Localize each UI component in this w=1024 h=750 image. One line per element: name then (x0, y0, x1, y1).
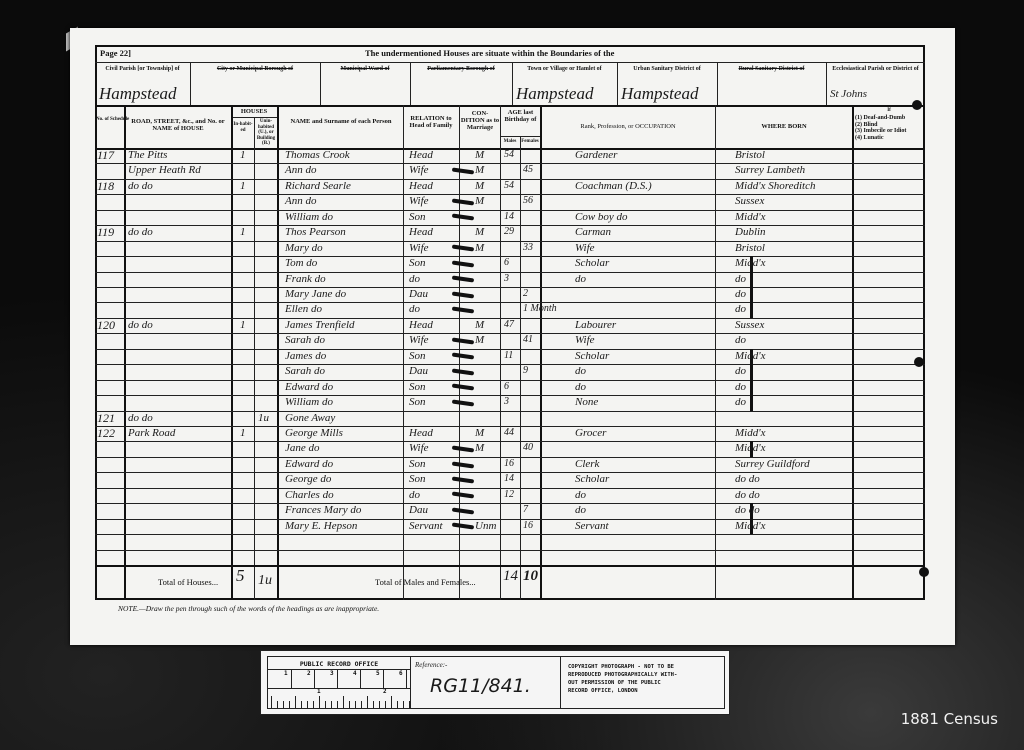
schedule-number: 117 (97, 148, 114, 162)
birthplace: Surrey Guildford (735, 457, 810, 471)
ruler-tick (397, 701, 398, 708)
ruler-tick (314, 669, 315, 688)
schedule-number: 120 (97, 318, 115, 332)
occupation: Coachman (D.S.) (575, 179, 652, 193)
inhabited-count: 1 (240, 426, 246, 440)
person-name: Edward do (285, 457, 333, 471)
table-row: Upper Heath RdAnn doWifeM45Surrey Lambet… (0, 163, 1024, 178)
female-age: 16 (523, 519, 533, 533)
marital-condition: M (475, 225, 484, 239)
ruler-tick (403, 701, 404, 708)
col-header-uninhabited: Unin-habited (U.), or Building (B.) (255, 119, 277, 147)
col-header-houses: HOUSES (231, 108, 277, 115)
occupation: do (575, 364, 586, 378)
birthplace: do (735, 272, 746, 286)
reference-label: Reference:- (415, 658, 447, 672)
relation-to-head: Head (409, 318, 433, 332)
ruler-tick (331, 701, 332, 708)
reference-section: Reference:- RG11/841. (410, 657, 561, 708)
birthplace: do do (735, 472, 760, 486)
table-row: 121do do1uGone Away (0, 411, 1024, 426)
divider (95, 62, 925, 63)
table-row: Sarah doWifeM41Wifedo (0, 333, 1024, 348)
female-age: 1 Month (523, 302, 557, 316)
district-value: Hampstead (516, 84, 593, 104)
binding-hole (914, 357, 924, 367)
male-age: 54 (504, 148, 514, 162)
district-label: Municipal Ward of (322, 66, 408, 73)
col-header-inhabited: In-habit-ed (232, 122, 254, 133)
table-row: 118do do1Richard SearleHeadM54Coachman (… (0, 179, 1024, 194)
person-name: Frances Mary do (285, 503, 361, 517)
ruler-tick (337, 701, 338, 708)
table-row: Tom doSon6ScholarMidd'x (0, 256, 1024, 271)
ruler-tick (391, 696, 392, 708)
birthplace: Bristol (735, 148, 765, 162)
district-value: Hampstead (99, 84, 176, 104)
tally-pen-mark (452, 399, 474, 406)
table-row: 119do do1Thos PearsonHeadM29CarmanDublin (0, 225, 1024, 240)
birthplace: Midd'x (735, 441, 765, 455)
ruler-label: 1 (317, 688, 321, 695)
birthplace: do do (735, 503, 760, 517)
divider (95, 565, 925, 567)
inhabited-count: 1 (240, 148, 246, 162)
female-age: 9 (523, 364, 528, 378)
col-header-occupation: Rank, Profession, or OCCUPATION (541, 123, 715, 130)
person-name: Mary do (285, 241, 323, 255)
form-note: NOTE.—Draw the pen through such of the w… (118, 604, 379, 613)
marital-condition: M (475, 163, 484, 177)
female-age: 56 (523, 194, 533, 208)
col-header-age: AGE last Birthday of (501, 109, 540, 123)
district-value: St Johns (830, 84, 867, 104)
person-name: Charles do (285, 488, 334, 502)
ruler-tick (360, 669, 361, 688)
male-age: 16 (504, 457, 514, 471)
ruler-tick (313, 701, 314, 708)
divider (717, 62, 718, 105)
binding-hole (912, 100, 922, 110)
relation-to-head: Servant (409, 519, 443, 533)
relation-to-head: Dau (409, 364, 428, 378)
person-name: James Trenfield (285, 318, 355, 332)
house-address: Park Road (128, 426, 175, 440)
relation-to-head: Son (409, 472, 426, 486)
birthplace: Midd'x (735, 519, 765, 533)
birthplace: Dublin (735, 225, 766, 239)
table-row: William doSon3Nonedo (0, 395, 1024, 410)
birthplace: do (735, 287, 746, 301)
tally-pen-mark (452, 507, 474, 514)
relation-to-head: Wife (409, 441, 429, 455)
house-address: do do (128, 318, 153, 332)
tally-pen-mark (452, 245, 474, 252)
schedule-number: 119 (97, 225, 114, 239)
relation-to-head: Son (409, 380, 426, 394)
col-header-males: Males (500, 139, 520, 145)
ruler-tick (406, 669, 407, 688)
divider (95, 105, 925, 107)
marital-condition: M (475, 318, 484, 332)
total-persons-label: Total of Males and Females... (375, 577, 476, 587)
col-header-name: NAME and Surname of each Person (280, 118, 402, 125)
house-address: The Pitts (128, 148, 167, 162)
divider (320, 62, 321, 105)
ruler-tick (289, 701, 290, 708)
ruler-tick (343, 696, 344, 708)
occupation: Scholar (575, 349, 609, 363)
occupation: Gardener (575, 148, 617, 162)
ruler-tick (271, 696, 272, 708)
copyright-line: REPRODUCED PHOTOGRAPHICALLY WITH- (568, 672, 677, 678)
table-row: Sarah doDau9dodo (0, 364, 1024, 379)
person-name: George do (285, 472, 331, 486)
census-watermark: 1881 Census (901, 710, 998, 728)
table-row: 122Park Road1George MillsHeadM44GrocerMi… (0, 426, 1024, 441)
divider (512, 62, 513, 105)
marital-condition: M (475, 179, 484, 193)
ruler-tick (291, 669, 292, 688)
male-age: 3 (504, 272, 509, 286)
ruler-tick (355, 701, 356, 708)
birthplace: do (735, 302, 746, 316)
row-divider (95, 534, 925, 535)
occupation: Scholar (575, 472, 609, 486)
ruler-tick (283, 701, 284, 708)
birthplace: Sussex (735, 194, 764, 208)
ruler-label: 4 (353, 670, 357, 677)
table-row: James doSon11ScholarMidd'x (0, 349, 1024, 364)
tally-pen-mark (452, 353, 474, 360)
marital-condition: Unm (475, 519, 496, 533)
male-age: 6 (504, 380, 509, 394)
person-name: Thomas Crook (285, 148, 350, 162)
relation-to-head: Son (409, 349, 426, 363)
table-row: Edward doSon6dodo (0, 380, 1024, 395)
schedule-number: 122 (97, 426, 115, 440)
occupation: Scholar (575, 256, 609, 270)
house-address: do do (128, 411, 153, 425)
inhabited-count: 1 (240, 225, 246, 239)
divider (410, 62, 411, 105)
tally-pen-mark (452, 276, 474, 283)
tally-pen-mark (452, 338, 474, 345)
table-row: Charles dodo12dodo do (0, 488, 1024, 503)
ruler-cm: 123456 (268, 669, 410, 688)
male-age: 14 (504, 210, 514, 224)
ruler-label: 2 (307, 670, 311, 677)
male-age: 54 (504, 179, 514, 193)
ruler-label: 3 (330, 670, 334, 677)
col-header-condition: CON-DITION as to Marriage (460, 110, 500, 131)
male-age: 6 (504, 256, 509, 270)
total-houses-label: Total of Houses... (158, 577, 218, 587)
tally-pen-mark (452, 199, 474, 206)
relation-to-head: do (409, 272, 420, 286)
archive-label-frame: PUBLIC RECORD OFFICE 123456 12 Reference… (267, 656, 725, 709)
birthplace: Midd'x (735, 349, 765, 363)
female-age: 40 (523, 441, 533, 455)
birthplace: Midd'x Shoreditch (735, 179, 815, 193)
occupation: do (575, 488, 586, 502)
infirmity-option: (2) Blind (855, 122, 878, 128)
table-row: Frank dodo3dodo (0, 272, 1024, 287)
birthplace: Midd'x (735, 256, 765, 270)
house-address: do do (128, 225, 153, 239)
person-name: Gone Away (285, 411, 335, 425)
occupation: Cow boy do (575, 210, 628, 224)
female-age: 41 (523, 333, 533, 347)
ruler-tick (379, 701, 380, 708)
total-females: 10 (523, 569, 538, 583)
ruler-tick (349, 701, 350, 708)
occupation: Clerk (575, 457, 599, 471)
table-row: 120do do1James TrenfieldHeadM47LabourerS… (0, 318, 1024, 333)
ruler-section: PUBLIC RECORD OFFICE 123456 12 (268, 657, 411, 708)
person-name: Tom do (285, 256, 317, 270)
schedule-number: 121 (97, 411, 115, 425)
infirmity-option: (3) Imbecile or Idiot (855, 128, 906, 134)
ruler-label: 5 (376, 670, 380, 677)
relation-to-head: Son (409, 457, 426, 471)
occupation: Carman (575, 225, 611, 239)
tally-pen-mark (452, 461, 474, 468)
birthplace: do (735, 364, 746, 378)
table-row: 117The Pitts1Thomas CrookHeadM54Gardener… (0, 148, 1024, 163)
archive-office: PUBLIC RECORD OFFICE (268, 660, 410, 668)
divider (826, 62, 827, 105)
relation-to-head: Wife (409, 163, 429, 177)
form-title: The undermentioned Houses are situate wi… (365, 48, 614, 58)
person-name: Sarah do (285, 364, 325, 378)
col-header-road: ROAD, STREET, &c., and No. or NAME of HO… (126, 118, 230, 132)
table-row: Jane doWifeM40Midd'x (0, 441, 1024, 456)
col-header-schedule: No. of Schedule (96, 117, 124, 123)
tally-pen-mark (452, 368, 474, 375)
person-name: Sarah do (285, 333, 325, 347)
birthplace: do (735, 395, 746, 409)
tally-pen-mark (452, 168, 474, 175)
occupation: do (575, 503, 586, 517)
person-name: Edward do (285, 380, 333, 394)
infirmity-option: (1) Deaf-and-Dumb (855, 115, 905, 121)
relation-to-head: Head (409, 179, 433, 193)
relation-to-head: do (409, 302, 420, 316)
ruler-tick (337, 669, 338, 688)
table-row: Ann doWifeM56Sussex (0, 194, 1024, 209)
infirmity-option: (4) Lunatic (855, 135, 884, 141)
divider (190, 62, 191, 105)
person-name: Mary Jane do (285, 287, 346, 301)
person-name: Ann do (285, 163, 316, 177)
relation-to-head: Dau (409, 503, 428, 517)
tally-pen-mark (452, 260, 474, 267)
male-age: 3 (504, 395, 509, 409)
table-row: Frances Mary doDau7dodo do (0, 503, 1024, 518)
male-age: 12 (504, 488, 514, 502)
marital-condition: M (475, 426, 484, 440)
marital-condition: M (475, 148, 484, 162)
house-address: do do (128, 179, 153, 193)
col-header-where-born: WHERE BORN (716, 123, 852, 130)
col-header-relation: RELATION to Head of Family (404, 115, 458, 129)
occupation: do (575, 272, 586, 286)
occupation: None (575, 395, 598, 409)
person-name: George Mills (285, 426, 343, 440)
tally-pen-mark (452, 492, 474, 499)
occupation: Wife (575, 241, 595, 255)
person-name: Thos Pearson (285, 225, 346, 239)
ruler-tick (325, 701, 326, 708)
table-row: Mary E. HepsonServantUnm16ServantMidd'x (0, 519, 1024, 534)
marital-condition: M (475, 333, 484, 347)
relation-to-head: Wife (409, 241, 429, 255)
relation-to-head: Head (409, 225, 433, 239)
tally-pen-mark (452, 384, 474, 391)
district-label: Parliamentary Borough of (412, 66, 510, 73)
district-label: Rural Sanitary District of (719, 66, 824, 73)
ruler-tick (383, 669, 384, 688)
relation-to-head: Son (409, 256, 426, 270)
marital-condition: M (475, 441, 484, 455)
table-row: Mary Jane doDau2do (0, 287, 1024, 302)
ruler-tick (277, 701, 278, 708)
tally-pen-mark (452, 214, 474, 221)
tally-pen-mark (452, 291, 474, 298)
copyright-line: OUT PERMISSION OF THE PUBLIC (568, 680, 661, 686)
tally-pen-mark (452, 477, 474, 484)
female-age: 45 (523, 163, 533, 177)
table-row: William doSon14Cow boy doMidd'x (0, 210, 1024, 225)
ruler-label: 6 (399, 670, 403, 677)
person-name: Mary E. Hepson (285, 519, 357, 533)
district-label: City or Municipal Borough of (192, 66, 318, 73)
person-name: William do (285, 210, 333, 224)
page-number: Page 22] (100, 48, 131, 58)
birthplace: Midd'x (735, 210, 765, 224)
occupation: Labourer (575, 318, 616, 332)
district-label: Ecclesiastical Parish or District of (828, 66, 923, 73)
tally-pen-mark (452, 446, 474, 453)
ruler-tick (361, 701, 362, 708)
person-name: Ellen do (285, 302, 322, 316)
district-label: Town or Village or Hamlet of (514, 66, 615, 73)
ruler-tick (307, 701, 308, 708)
relation-to-head: Wife (409, 333, 429, 347)
birthplace: Midd'x (735, 426, 765, 440)
male-age: 11 (504, 349, 513, 363)
table-row: Ellen dodo1 Monthdo (0, 302, 1024, 317)
ruler-tick (373, 701, 374, 708)
relation-to-head: Wife (409, 194, 429, 208)
relation-to-head: Son (409, 210, 426, 224)
ruler-tick (295, 696, 296, 708)
ruler-tick (385, 701, 386, 708)
person-name: Frank do (285, 272, 326, 286)
male-age: 47 (504, 318, 514, 332)
copyright-line: RECORD OFFICE, LONDON (568, 688, 638, 694)
uninhabited-mark: 1u (258, 411, 269, 425)
ruler-inch: 12 (268, 688, 410, 708)
col-header-females: Females (520, 139, 540, 145)
inhabited-count: 1 (240, 318, 246, 332)
occupation: Wife (575, 333, 595, 347)
male-age: 29 (504, 225, 514, 239)
person-name: William do (285, 395, 333, 409)
female-age: 7 (523, 503, 528, 517)
occupation: do (575, 380, 586, 394)
birthplace: Bristol (735, 241, 765, 255)
birthplace: Surrey Lambeth (735, 163, 805, 177)
relation-to-head: Son (409, 395, 426, 409)
birthplace: do do (735, 488, 760, 502)
inhabited-count: 1 (240, 179, 246, 193)
total-males: 14 (503, 569, 518, 583)
table-row: Mary doWifeM33WifeBristol (0, 241, 1024, 256)
row-divider (95, 550, 925, 551)
female-age: 2 (523, 287, 528, 301)
male-age: 14 (504, 472, 514, 486)
divider (617, 62, 618, 105)
marital-condition: M (475, 194, 484, 208)
occupation: Servant (575, 519, 609, 533)
relation-to-head: Head (409, 426, 433, 440)
archive-label: PUBLIC RECORD OFFICE 123456 12 Reference… (260, 650, 730, 715)
total-inhabited: 5 (236, 569, 245, 583)
schedule-number: 118 (97, 179, 114, 193)
relation-to-head: do (409, 488, 420, 502)
male-age: 44 (504, 426, 514, 440)
person-name: James do (285, 349, 326, 363)
reference-number: RG11/841. (430, 675, 531, 697)
person-name: Jane do (285, 441, 320, 455)
birthplace: Sussex (735, 318, 764, 332)
birthplace: do (735, 333, 746, 347)
table-row: George doSon14Scholardo do (0, 472, 1024, 487)
person-name: Ann do (285, 194, 316, 208)
total-uninhabited: 1u (258, 574, 272, 588)
ruler-label: 2 (383, 688, 387, 695)
ruler-tick (319, 696, 320, 708)
district-value: Hampstead (621, 84, 698, 104)
person-name: Richard Searle (285, 179, 351, 193)
district-label: Civil Parish [or Township] of (97, 66, 188, 73)
tally-pen-mark (452, 307, 474, 314)
relation-to-head: Dau (409, 287, 428, 301)
copyright-line: COPYRIGHT PHOTOGRAPH - NOT TO BE (568, 664, 674, 670)
ruler-tick (301, 701, 302, 708)
tally-pen-mark (452, 523, 474, 530)
relation-to-head: Head (409, 148, 433, 162)
ruler-label: 1 (284, 670, 288, 677)
district-label: Urban Sanitary District of (619, 66, 715, 73)
birthplace: do (735, 380, 746, 394)
occupation: Grocer (575, 426, 606, 440)
house-address: Upper Heath Rd (128, 163, 201, 177)
ruler-tick (367, 696, 368, 708)
binding-hole (919, 567, 929, 577)
female-age: 33 (523, 241, 533, 255)
marital-condition: M (475, 241, 484, 255)
table-row: Edward doSon16ClerkSurrey Guildford (0, 457, 1024, 472)
